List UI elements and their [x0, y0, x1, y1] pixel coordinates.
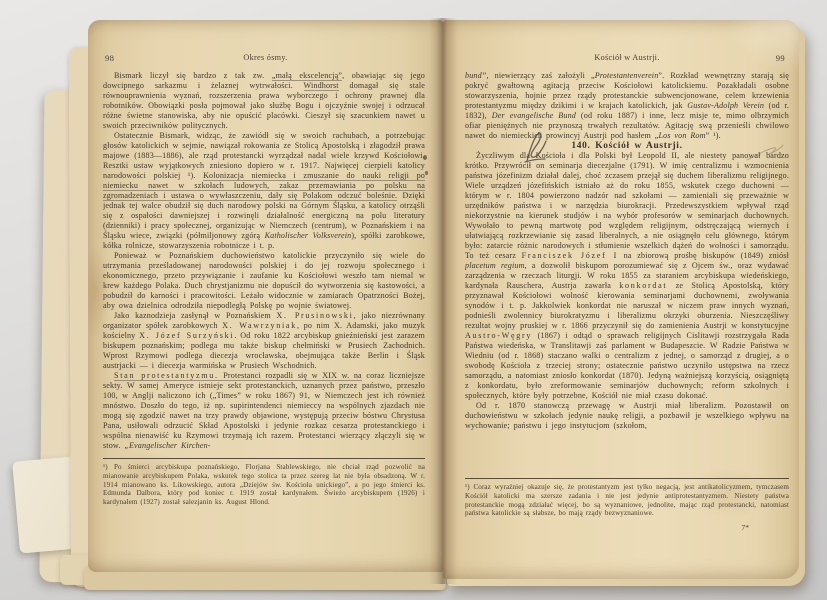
paragraph: Bismark liczył się bardzo z tak zw. „mał…	[103, 71, 425, 131]
paragraph: Ostatecznie Bismark, widząc, że zawiódł …	[103, 131, 425, 251]
running-header: Kościół w Austrji.	[465, 53, 789, 62]
right-page-header: Kościół w Austrji. 99	[465, 53, 789, 64]
binding-speck	[423, 155, 427, 160]
footnote: ¹) Coraz wyraźniej okazuje się, że prote…	[465, 483, 789, 517]
left-footnote-zone: ¹) Po śmierci arcybiskupa poznańskiego, …	[103, 458, 425, 506]
paragraph: Jako kaznodzieja zasłynął w Poznańskiem …	[103, 311, 425, 371]
left-page-header: 98 Okres ósmy.	[103, 53, 428, 64]
right-page-body: bund”, niewierzący zaś założyli „Protest…	[465, 71, 789, 473]
footnote-rule	[465, 478, 789, 479]
signature-mark: 7*	[465, 523, 749, 532]
right-page: Kościół w Austrji. 99 bund”, niewierzący…	[443, 20, 799, 579]
paragraph: Życzliwym dla Kościoła i dla Polski był …	[465, 151, 789, 401]
footnote: ¹) Po śmierci arcybiskupa poznańskiego, …	[103, 463, 425, 506]
footnote-rule	[103, 458, 425, 459]
pen-flourish-mark	[521, 129, 551, 165]
left-page: 98 Okres ósmy. Bismark liczył się bardzo…	[88, 20, 443, 572]
left-page-body: Bismark liczył się bardzo z tak zw. „mał…	[103, 71, 425, 457]
binding-speck	[425, 171, 428, 175]
section-heading: 140. Kościół w Austrji.	[465, 141, 789, 151]
photo-background: 98 Okres ósmy. Bismark liczył się bardzo…	[0, 0, 827, 600]
right-footnote-zone: ¹) Coraz wyraźniej okazuje się, że prote…	[465, 478, 789, 532]
page-number: 99	[776, 53, 785, 63]
running-header: Okres ósmy.	[103, 53, 428, 62]
paragraph: Od r. 1870 stanowczą przewagę w Austrji …	[465, 401, 789, 431]
section-heading-label: 140. Kościół w Austrji.	[571, 141, 682, 151]
paragraph: Stan protestantyzmu. Protestanci rozpadl…	[103, 371, 425, 451]
paragraph: Ponieważ w Poznańskiem duchowieństwo kat…	[103, 251, 425, 311]
pencil-scribble-mark	[745, 142, 785, 164]
paragraph: bund”, niewierzący zaś założyli „Protest…	[465, 71, 789, 141]
